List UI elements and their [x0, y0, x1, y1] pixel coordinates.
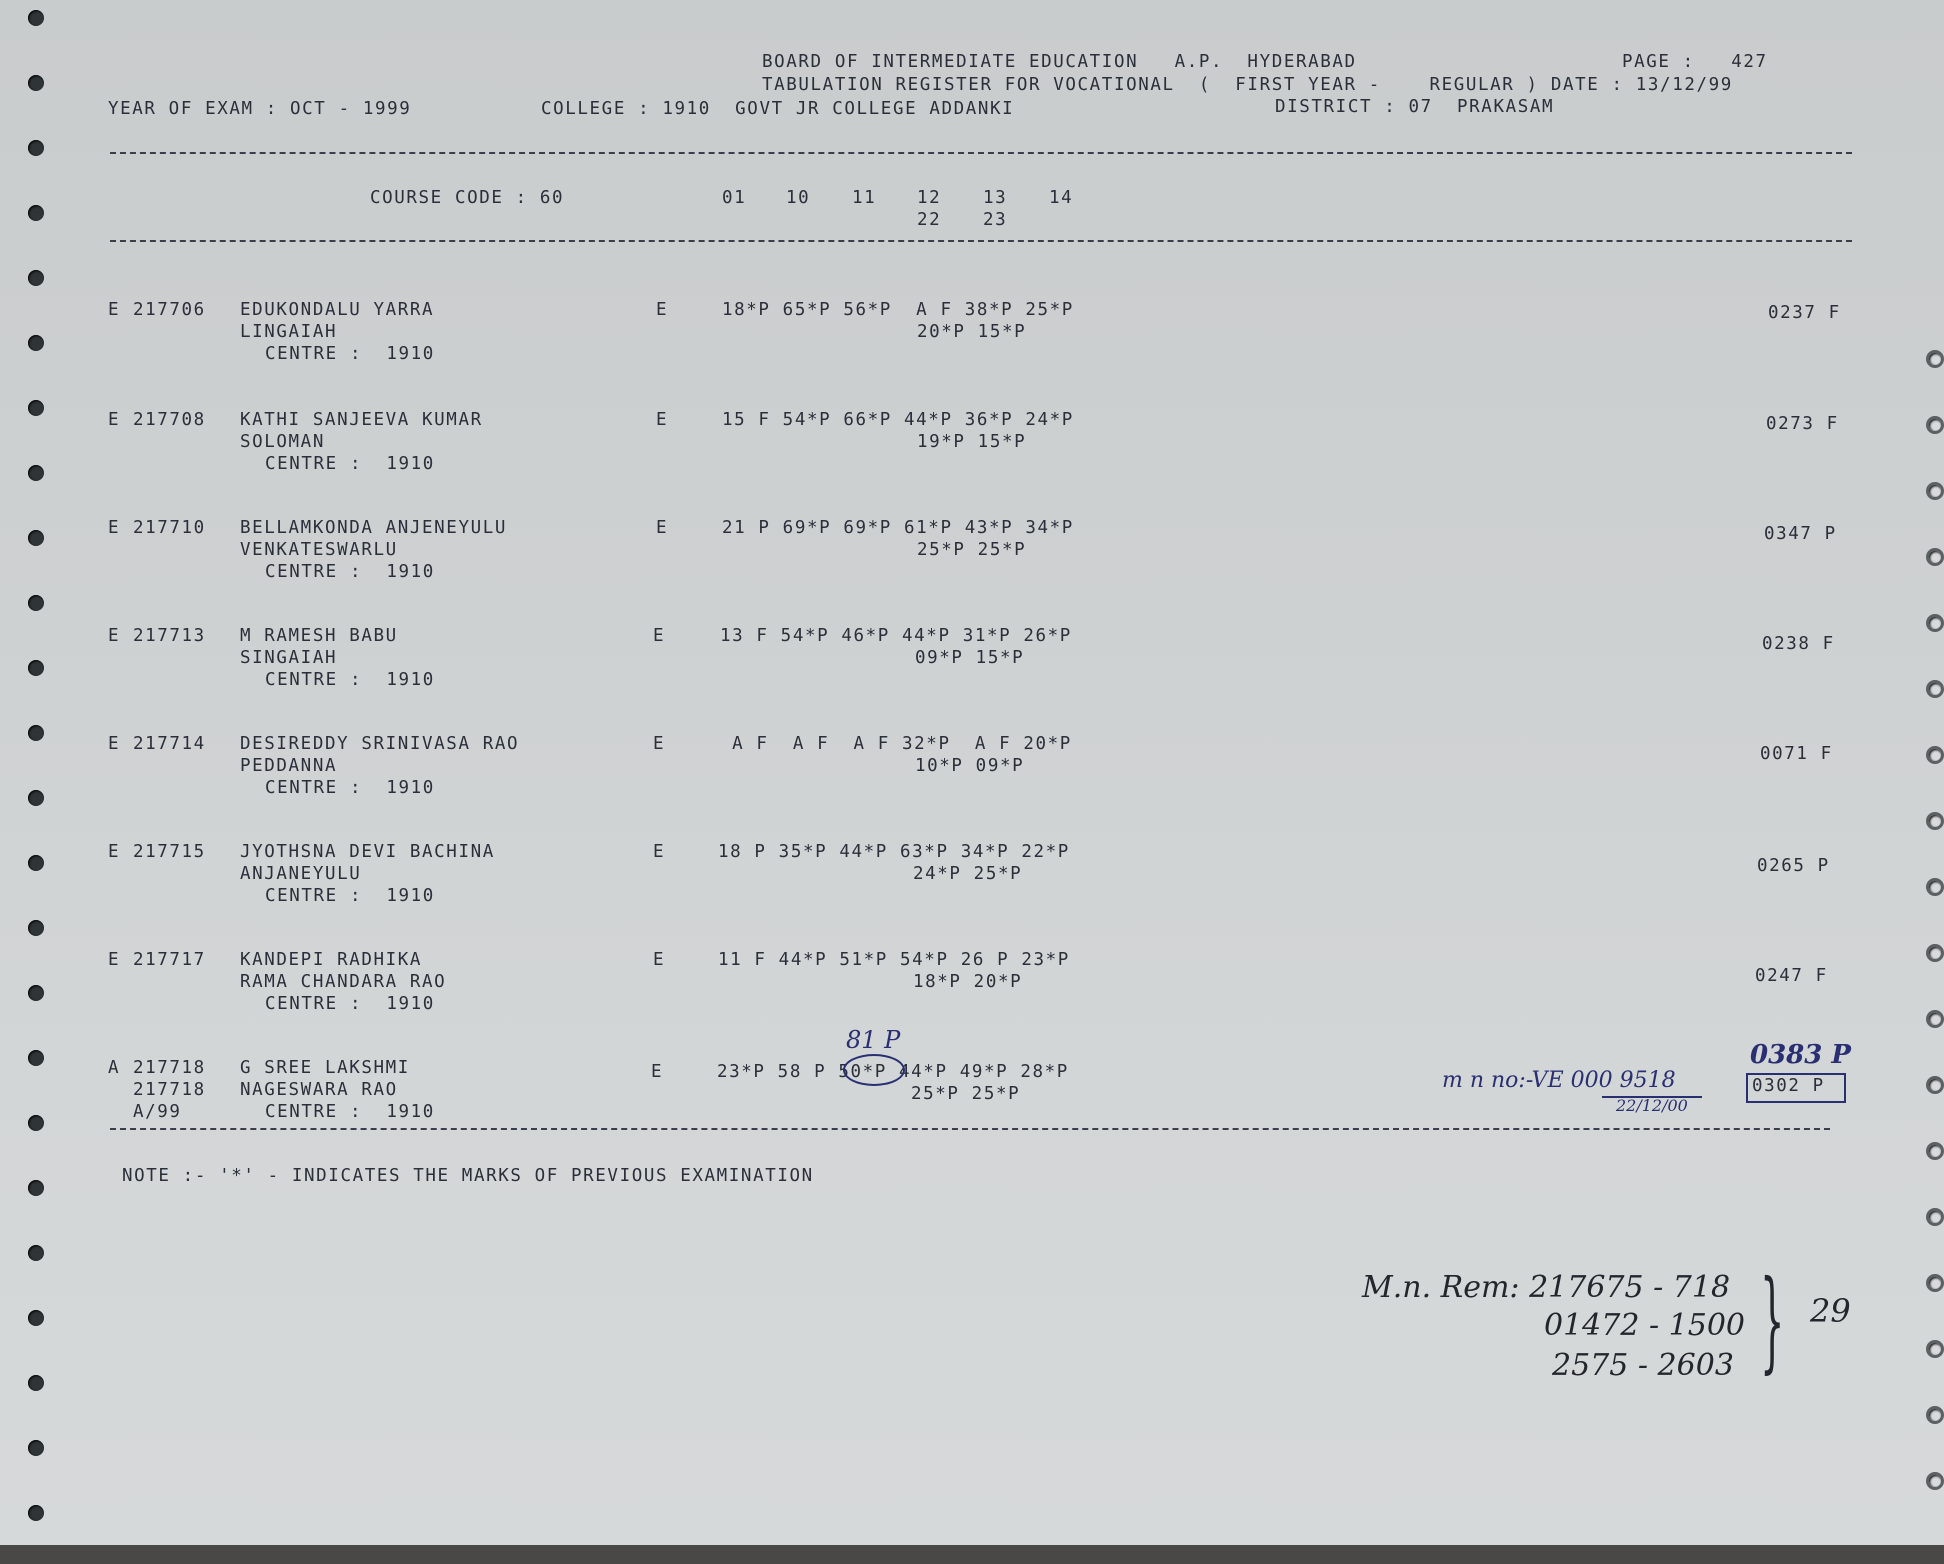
- marks-row-1: 15 F 54*P 66*P 44*P 36*P 24*P: [722, 410, 1074, 430]
- summary-count: 29: [1810, 1292, 1851, 1330]
- marks-row-2: 20*P 15*P: [917, 322, 1026, 342]
- column-divider: [110, 240, 1852, 242]
- tabulation-register-sheet: BOARD OF INTERMEDIATE EDUCATION A.P. HYD…: [0, 0, 1944, 1545]
- column-23: 23: [983, 210, 1007, 230]
- column-14: 14: [1049, 188, 1073, 208]
- medium: E: [653, 626, 665, 646]
- centre: CENTRE : 1910: [265, 994, 435, 1014]
- marks-row-1: 13 F 54*P 46*P 44*P 31*P 26*P: [720, 626, 1072, 646]
- medium: E: [656, 518, 668, 538]
- student-name: KANDEPI RADHIKA: [240, 950, 422, 970]
- father-name: SOLOMAN: [240, 432, 325, 452]
- centre: CENTRE : 1910: [265, 454, 435, 474]
- student-name: KATHI SANJEEVA KUMAR: [240, 410, 483, 430]
- centre: CENTRE : 1910: [265, 670, 435, 690]
- board-title: BOARD OF INTERMEDIATE EDUCATION A.P. HYD…: [762, 52, 1357, 72]
- corrected-mark-note: 81 P: [846, 1026, 900, 1054]
- header-divider: [110, 152, 1852, 154]
- father-name: VENKATESWARLU: [240, 540, 398, 560]
- summary-brace: }: [1760, 1256, 1785, 1384]
- page-label: PAGE : 427: [1622, 52, 1768, 72]
- summary-line-3: 2575 - 2603: [1552, 1348, 1734, 1383]
- circled-mark-annotation: [843, 1054, 905, 1086]
- medium: E: [653, 950, 665, 970]
- district-info: DISTRICT : 07 PRAKASAM: [1275, 97, 1554, 117]
- record-type: E: [108, 734, 120, 754]
- total-result: 0238 F: [1762, 634, 1835, 654]
- student-name: BELLAMKONDA ANJENEYULU: [240, 518, 507, 538]
- father-name: RAMA CHANDARA RAO: [240, 972, 446, 992]
- record-type: E: [108, 518, 120, 538]
- exam-session: A/99: [133, 1102, 182, 1122]
- medium: E: [653, 734, 665, 754]
- record-type: A: [108, 1058, 120, 1078]
- student-name: M RAMESH BABU: [240, 626, 398, 646]
- marks-row-1: 18 P 35*P 44*P 63*P 34*P 22*P: [718, 842, 1070, 862]
- record-type: E: [108, 842, 120, 862]
- marks-row-2: 25*P 25*P: [917, 540, 1026, 560]
- father-name: LINGAIAH: [240, 322, 337, 342]
- father-name: ANJANEYULU: [240, 864, 361, 884]
- marks-row-1: 11 F 44*P 51*P 54*P 26 P 23*P: [718, 950, 1070, 970]
- hall-ticket: 217713: [133, 626, 206, 646]
- column-13: 13: [983, 188, 1007, 208]
- record-type: E: [108, 626, 120, 646]
- marks-row-2: 09*P 15*P: [915, 648, 1024, 668]
- medium: E: [651, 1062, 663, 1082]
- hall-ticket: 217717: [133, 950, 206, 970]
- student-name: EDUKONDALU YARRA: [240, 300, 434, 320]
- hall-ticket: 217714: [133, 734, 206, 754]
- record-type: E: [108, 950, 120, 970]
- course-code: COURSE CODE : 60: [370, 188, 564, 208]
- father-name: SINGAIAH: [240, 648, 337, 668]
- total-result: 0273 F: [1766, 414, 1839, 434]
- summary-line-1: M.n. Rem: 217675 - 718: [1362, 1270, 1730, 1305]
- column-12: 12: [917, 188, 941, 208]
- marks-row-1: A F A F A F 32*P A F 20*P: [720, 734, 1072, 754]
- father-name: NAGESWARA RAO: [240, 1080, 398, 1100]
- medium: E: [653, 842, 665, 862]
- total-result: 0237 F: [1768, 303, 1841, 323]
- medium: E: [656, 410, 668, 430]
- centre: CENTRE : 1910: [265, 886, 435, 906]
- column-10: 10: [786, 188, 810, 208]
- total-result: 0347 P: [1764, 524, 1837, 544]
- total-result: 0071 F: [1760, 744, 1833, 764]
- hall-ticket: 217706: [133, 300, 206, 320]
- father-name: PEDDANNA: [240, 756, 337, 776]
- marks-row-2: 19*P 15*P: [917, 432, 1026, 452]
- college-info: COLLEGE : 1910 GOVT JR COLLEGE ADDANKI: [541, 99, 1014, 119]
- student-name: G SREE LAKSHMI: [240, 1058, 410, 1078]
- total-result: 0302 P: [1752, 1076, 1825, 1096]
- medium: E: [656, 300, 668, 320]
- hall-ticket: 217718: [133, 1058, 206, 1078]
- year-of-exam: YEAR OF EXAM : OCT - 1999: [108, 99, 411, 119]
- summary-line-2: 01472 - 1500: [1544, 1308, 1745, 1343]
- centre: CENTRE : 1910: [265, 562, 435, 582]
- marks-row-1: 18*P 65*P 56*P A F 38*P 25*P: [722, 300, 1074, 320]
- hall-ticket: 217708: [133, 410, 206, 430]
- marks-row-1: 21 P 69*P 69*P 61*P 43*P 34*P: [722, 518, 1074, 538]
- memo-reference-note: m n no:-VE 000 9518: [1442, 1068, 1676, 1093]
- marks-row-2: 18*P 20*P: [913, 972, 1022, 992]
- total-result: 0265 P: [1757, 856, 1830, 876]
- column-22: 22: [917, 210, 941, 230]
- student-name: JYOTHSNA DEVI BACHINA: [240, 842, 495, 862]
- column-11: 11: [852, 188, 876, 208]
- desk-edge: [0, 1545, 1944, 1564]
- hall-ticket: 217710: [133, 518, 206, 538]
- centre: CENTRE : 1910: [265, 1102, 435, 1122]
- marks-row-2: 25*P 25*P: [911, 1084, 1020, 1104]
- register-title: TABULATION REGISTER FOR VOCATIONAL ( FIR…: [762, 75, 1733, 95]
- marks-row-2: 24*P 25*P: [913, 864, 1022, 884]
- hall-ticket: 217715: [133, 842, 206, 862]
- student-name: DESIREDDY SRINIVASA RAO: [240, 734, 519, 754]
- memo-date-note: 22/12/00: [1616, 1096, 1688, 1115]
- footnote: NOTE :- '*' - INDICATES THE MARKS OF PRE…: [122, 1166, 814, 1186]
- revised-total-note: 0383 P: [1750, 1040, 1851, 1070]
- record-type: E: [108, 410, 120, 430]
- hall-ticket-secondary: 217718: [133, 1080, 206, 1100]
- centre: CENTRE : 1910: [265, 778, 435, 798]
- total-result: 0247 F: [1755, 966, 1828, 986]
- record-type: E: [108, 300, 120, 320]
- footer-divider: [110, 1128, 1830, 1130]
- centre: CENTRE : 1910: [265, 344, 435, 364]
- marks-row-2: 10*P 09*P: [915, 756, 1024, 776]
- column-01: 01: [722, 188, 746, 208]
